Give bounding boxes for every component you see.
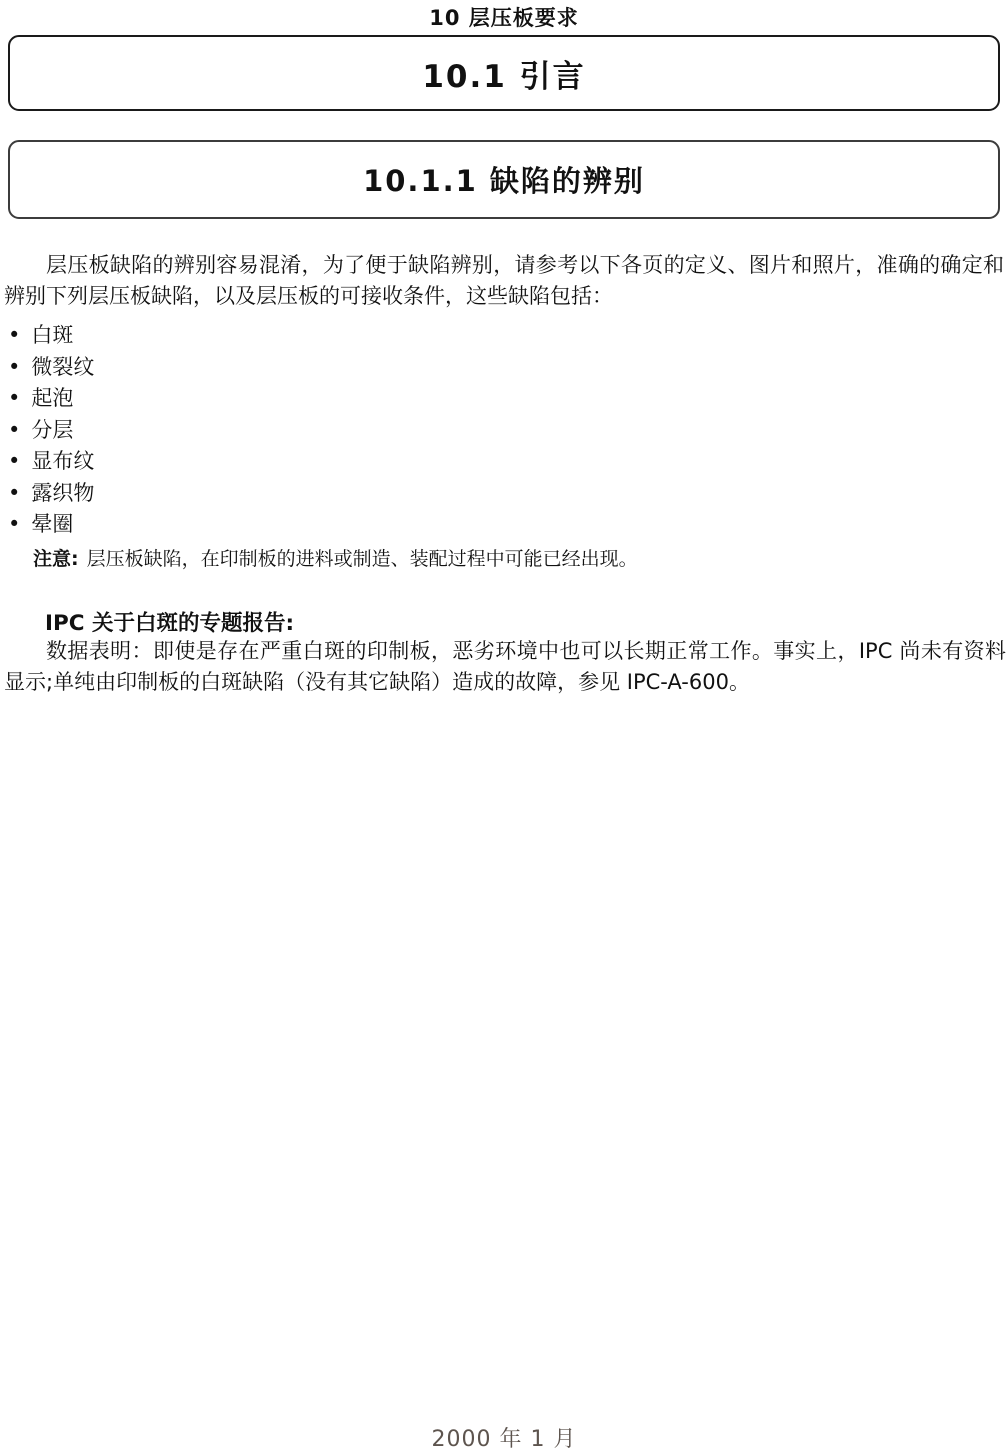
list-item: • 露织物 [8,478,94,510]
page-footer: 2000 年 1 月 [0,1422,1008,1453]
ipc-paragraph: 数据表明：即使是存在严重白斑的印制板，恶劣环境中也可以长期正常工作。事实上，IP… [4,636,1006,698]
bullet-icon: • [8,383,20,415]
chapter-title: 10 层压板要求 [429,6,579,30]
list-item: • 微裂纹 [8,352,94,384]
bullet-icon: • [8,415,20,447]
ipc-report-heading: IPC 关于白斑的专题报告: [45,606,294,637]
footer-date: 2000 年 1 月 [432,1427,577,1452]
note-line: 注意:层压板缺陷，在印制板的进料或制造、装配过程中可能已经出现。 [33,546,998,572]
defect-label: 微裂纹 [31,352,94,384]
bullet-icon: • [8,352,20,384]
page-header: 10 层压板要求 [0,2,1008,32]
subsection-title: 10.1.1 缺陷的辨别 [363,159,645,200]
section-title: 10.1 引言 [422,51,585,96]
list-item: • 显布纹 [8,446,94,478]
defect-label: 起泡 [31,383,73,415]
defect-label: 晕圈 [31,509,73,541]
defect-label: 露织物 [31,478,94,510]
note-text: 层压板缺陷，在印制板的进料或制造、装配过程中可能已经出现。 [87,548,638,570]
defect-list: • 白斑 • 微裂纹 • 起泡 • 分层 • 显布纹 • 露织物 • 晕圈 [8,320,94,541]
bullet-icon: • [8,446,20,478]
intro-paragraph: 层压板缺陷的辨别容易混淆，为了便于缺陷辨别，请参考以下各页的定义、图片和照片，准… [4,250,1004,312]
note-label: 注意: [33,548,79,570]
list-item: • 起泡 [8,383,94,415]
list-item: • 分层 [8,415,94,447]
subsection-title-box: 10.1.1 缺陷的辨别 [8,140,1000,219]
list-item: • 白斑 [8,320,94,352]
defect-label: 分层 [31,415,73,447]
defect-label: 白斑 [31,320,73,352]
defect-label: 显布纹 [31,446,94,478]
bullet-icon: • [8,478,20,510]
bullet-icon: • [8,509,20,541]
section-title-box: 10.1 引言 [8,35,1000,111]
list-item: • 晕圈 [8,509,94,541]
bullet-icon: • [8,320,20,352]
